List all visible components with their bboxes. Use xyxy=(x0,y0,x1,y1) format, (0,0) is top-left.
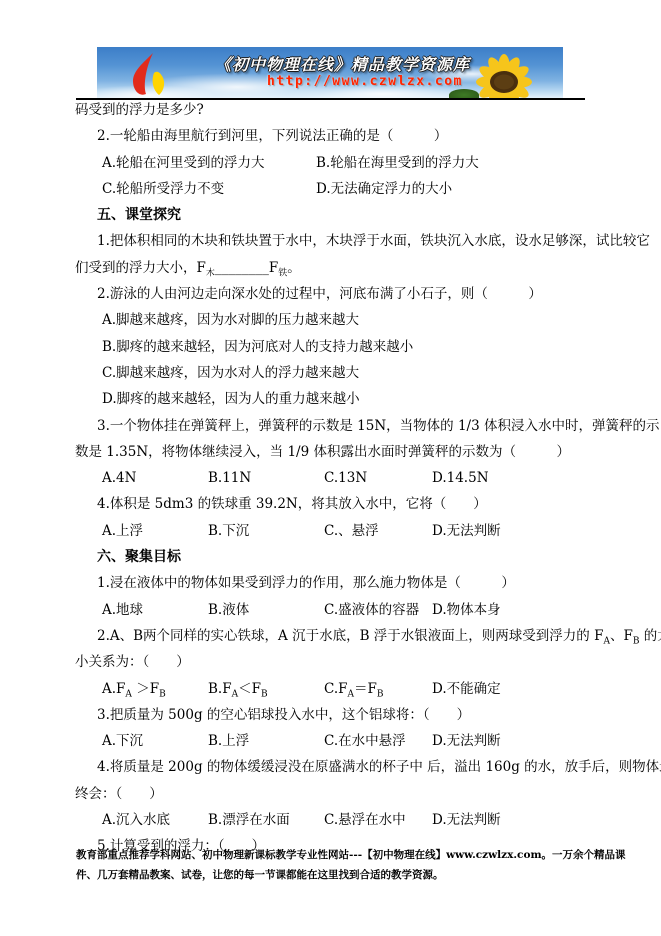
option-a: A.4N xyxy=(102,465,208,491)
option-a: A.沉入水底 xyxy=(102,807,208,833)
blank-line: ________F xyxy=(215,260,278,276)
option-a: A.FA ＞FB xyxy=(102,676,208,702)
s6-question-3-options: A.下沉 B.上浮 C.在水中悬浮 D.无法判断 xyxy=(75,728,589,754)
question-2-ship-options-cd: C.轮船所受浮力不变 D.无法确定浮力的大小 xyxy=(75,176,589,202)
s5-question-2-stem: 2.游泳的人由河边走向深水处的过程中，河底布满了小石子，则（ ） xyxy=(75,281,589,307)
text-segment: 、F xyxy=(610,628,633,644)
text-segment: C.F xyxy=(324,681,348,697)
option-a: A.下沉 xyxy=(102,728,208,754)
option-c: C.悬浮在水中 xyxy=(324,807,432,833)
option-d: D.脚疼的越来越轻，因为人的重力越来越小 xyxy=(75,386,589,412)
text-segment: 。 xyxy=(287,260,301,276)
s6-question-1-options: A.地球 B.液体 C.盛液体的容器 D.物体本身 xyxy=(75,597,589,623)
option-b: B.下沉 xyxy=(208,518,324,544)
banner-url: http://www.czwlzx.com xyxy=(267,74,463,89)
worksheet-body: 码受到的浮力是多少? 2.一轮船由海里航行到河里，下列说法正确的是（ ） A.轮… xyxy=(75,97,589,860)
question-2-ship-options-ab: A.轮船在河里受到的浮力大 B.轮船在海里受到的浮力大 xyxy=(75,150,589,176)
sunflower-icon xyxy=(475,53,533,99)
option-d: D.无法确定浮力的大小 xyxy=(316,176,452,202)
subscript-b: B xyxy=(377,689,384,699)
site-banner: 《初中物理在线》精品教学资源库 http://www.czwlzx.com xyxy=(97,47,563,99)
option-b: B.液体 xyxy=(208,597,324,623)
worksheet-page: { "banner": { "title": "《初中物理在线》精品教学资源库"… xyxy=(0,0,661,936)
s5-question-4-stem: 4.体积是 5dm3 的铁球重 39.2N，将其放入水中，它将（ ） xyxy=(75,491,589,517)
subscript-wood: 木 xyxy=(206,268,215,278)
footer-line-1: 教育部重点推荐学科网站、初中物理新课标教学专业性网站---【初中物理在线】www… xyxy=(76,846,590,866)
option-c: C.在水中悬浮 xyxy=(324,728,432,754)
text-segment: ＞F xyxy=(132,681,159,697)
option-c: C.盛液体的容器 xyxy=(324,597,432,623)
s6-question-4-options: A.沉入水底 B.漂浮在水面 C.悬浮在水中 D.无法判断 xyxy=(75,807,589,833)
option-a: A.脚越来越疼，因为水对脚的压力越来越大 xyxy=(75,307,589,333)
text-segment: 们受到的浮力大小，F xyxy=(75,260,206,276)
footer-promo: 教育部重点推荐学科网站、初中物理新课标教学专业性网站---【初中物理在线】www… xyxy=(76,846,590,885)
option-d: D.无法判断 xyxy=(432,807,501,833)
option-d: D.不能确定 xyxy=(432,676,501,702)
option-c: C.FA＝FB xyxy=(324,676,432,702)
s5-question-1-fill-blank-line: 们受到的浮力大小，F木________F铁。 xyxy=(75,255,589,281)
text-segment: ＝F xyxy=(354,681,377,697)
option-d: D.14.5N xyxy=(432,465,489,491)
carryover-line: 码受到的浮力是多少? xyxy=(75,97,589,123)
option-b: B.脚疼的越来越轻，因为河底对人的支持力越来越小 xyxy=(75,334,589,360)
option-d: D.物体本身 xyxy=(432,597,501,623)
option-a: A.地球 xyxy=(102,597,208,623)
option-c: C.脚越来越疼，因为水对人的浮力越来越大 xyxy=(75,360,589,386)
option-a: A.上浮 xyxy=(102,518,208,544)
s5-question-3-line-2: 数是 1.35N，将物体继续浸入，当 1/9 体积露出水面时弹簧秤的示数为（ ） xyxy=(75,439,589,465)
option-c: C.轮船所受浮力不变 xyxy=(102,176,316,202)
option-b: B.FA＜FB xyxy=(208,676,324,702)
section-5-heading: 五、课堂探究 xyxy=(75,202,589,228)
s6-question-2-line-2: 小关系为：（ ） xyxy=(75,649,589,675)
s5-question-1-line-1: 1.把体积相同的木块和铁块置于水中，木块浮于水面，铁块沉入水底，设水足够深，试比… xyxy=(75,228,589,254)
s6-question-4-line-1: 4.将质量是 200g 的物体缓缓浸没在原盛满水的杯子中 后，溢出 160g 的… xyxy=(75,754,589,780)
s6-question-3-stem: 3.把质量为 500g 的空心铝球投入水中，这个铝球将：（ ） xyxy=(75,702,589,728)
s5-question-3-line-1: 3.一个物体挂在弹簧秤上，弹簧秤的示数是 15N，当物体的 1/3 体积浸入水中… xyxy=(75,413,589,439)
option-b: B.上浮 xyxy=(208,728,324,754)
option-b: B.11N xyxy=(208,465,324,491)
flame-logo-icon xyxy=(124,52,174,98)
text-segment: A.F xyxy=(102,681,125,697)
option-b: B.漂浮在水面 xyxy=(208,807,324,833)
subscript-b: B xyxy=(159,689,166,699)
subscript-b: B xyxy=(261,689,268,699)
s5-question-4-options: A.上浮 B.下沉 C.、悬浮 D.无法判断 xyxy=(75,518,589,544)
question-2-ship-stem: 2.一轮船由海里航行到河里，下列说法正确的是（ ） xyxy=(75,123,589,149)
text-segment: 2.A、B两个同样的实心铁球，A 沉于水底，B 浮于水银液面上，则两球受到浮力的… xyxy=(97,628,603,644)
s6-question-1-stem: 1.浸在液体中的物体如果受到浮力的作用，那么施力物体是（ ） xyxy=(75,570,589,596)
option-a: A.轮船在河里受到的浮力大 xyxy=(102,150,316,176)
option-b: B.轮船在海里受到的浮力大 xyxy=(316,150,479,176)
s6-question-2-options: A.FA ＞FB B.FA＜FB C.FA＝FB D.不能确定 xyxy=(75,676,589,702)
banner-title: 《初中物理在线》精品教学资源库 xyxy=(215,52,470,75)
footer-line-2: 件、几万套精品教案、试卷，让您的每一节课都能在这里找到合适的教学资源。 xyxy=(76,866,590,886)
text-segment: 的大 xyxy=(639,628,661,644)
subscript-iron: 铁 xyxy=(278,268,287,278)
option-c: C.、悬浮 xyxy=(324,518,432,544)
option-d: D.无法判断 xyxy=(432,518,501,544)
s5-question-3-options: A.4N B.11N C.13N D.14.5N xyxy=(75,465,589,491)
option-d: D.无法判断 xyxy=(432,728,501,754)
section-6-heading: 六、聚集目标 xyxy=(75,544,589,570)
s6-question-2-line-1: 2.A、B两个同样的实心铁球，A 沉于水底，B 浮于水银液面上，则两球受到浮力的… xyxy=(75,623,589,649)
text-segment: B.F xyxy=(208,681,232,697)
text-segment: ＜F xyxy=(238,681,261,697)
option-c: C.13N xyxy=(324,465,432,491)
s6-question-4-line-2: 终会：（ ） xyxy=(75,781,589,807)
